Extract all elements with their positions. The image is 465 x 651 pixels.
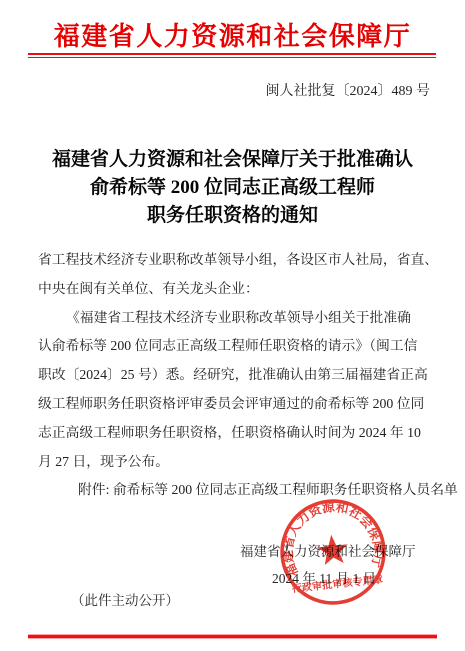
body-line: 月 27 日，现予公布。 xyxy=(38,448,434,477)
official-seal: 福建省人力资源和社会保障厅 行政审批审核专用章 xyxy=(271,490,394,613)
notice-title-line: 职务任职资格的通知 xyxy=(0,202,465,230)
notice-body: 省工程技术经济专业职称改革领导小组，各设区市人社局，省直、 中央在闽有关单位、有… xyxy=(38,246,434,505)
body-line: 中央在闽有关单位、有关龙头企业： xyxy=(38,275,434,304)
letterhead-divider xyxy=(28,53,436,58)
body-line: 省工程技术经济专业职称改革领导小组，各设区市人社局，省直、 xyxy=(38,246,434,275)
notice-title-line: 俞希标等 200 位同志正高级工程师 xyxy=(0,174,465,202)
body-line: 志正高级工程师职务任职资格，任职资格确认时间为 2024 年 10 xyxy=(38,419,434,448)
notice-title-line: 福建省人力资源和社会保障厅关于批准确认 xyxy=(0,146,465,174)
star-icon xyxy=(316,533,350,565)
body-line: 认俞希标等 200 位同志正高级工程师任职资格的请示》（闽工信 xyxy=(38,332,434,361)
body-line: 职改〔2024〕25 号）悉。经研究，批准确认由第三届福建省正高 xyxy=(38,361,434,390)
notice-title: 福建省人力资源和社会保障厅关于批准确认 俞希标等 200 位同志正高级工程师 职… xyxy=(0,146,465,230)
document-page: 福建省人力资源和社会保障厅 闽人社批复〔2024〕489 号 福建省人力资源和社… xyxy=(0,0,465,651)
seal-banner-text: 行政审批审核专用章 xyxy=(291,573,383,595)
footer-note: （此件主动公开） xyxy=(71,589,179,609)
body-line: 级工程师职务任职资格评审委员会评审通过的俞希标等 200 位同 xyxy=(38,390,434,419)
footer-divider xyxy=(28,634,437,639)
document-number: 闽人社批复〔2024〕489 号 xyxy=(266,80,431,100)
body-line: 《福建省工程技术经济专业职称改革领导小组关于批准确 xyxy=(38,304,434,333)
letterhead-title: 福建省人力资源和社会保障厅 xyxy=(0,16,465,53)
